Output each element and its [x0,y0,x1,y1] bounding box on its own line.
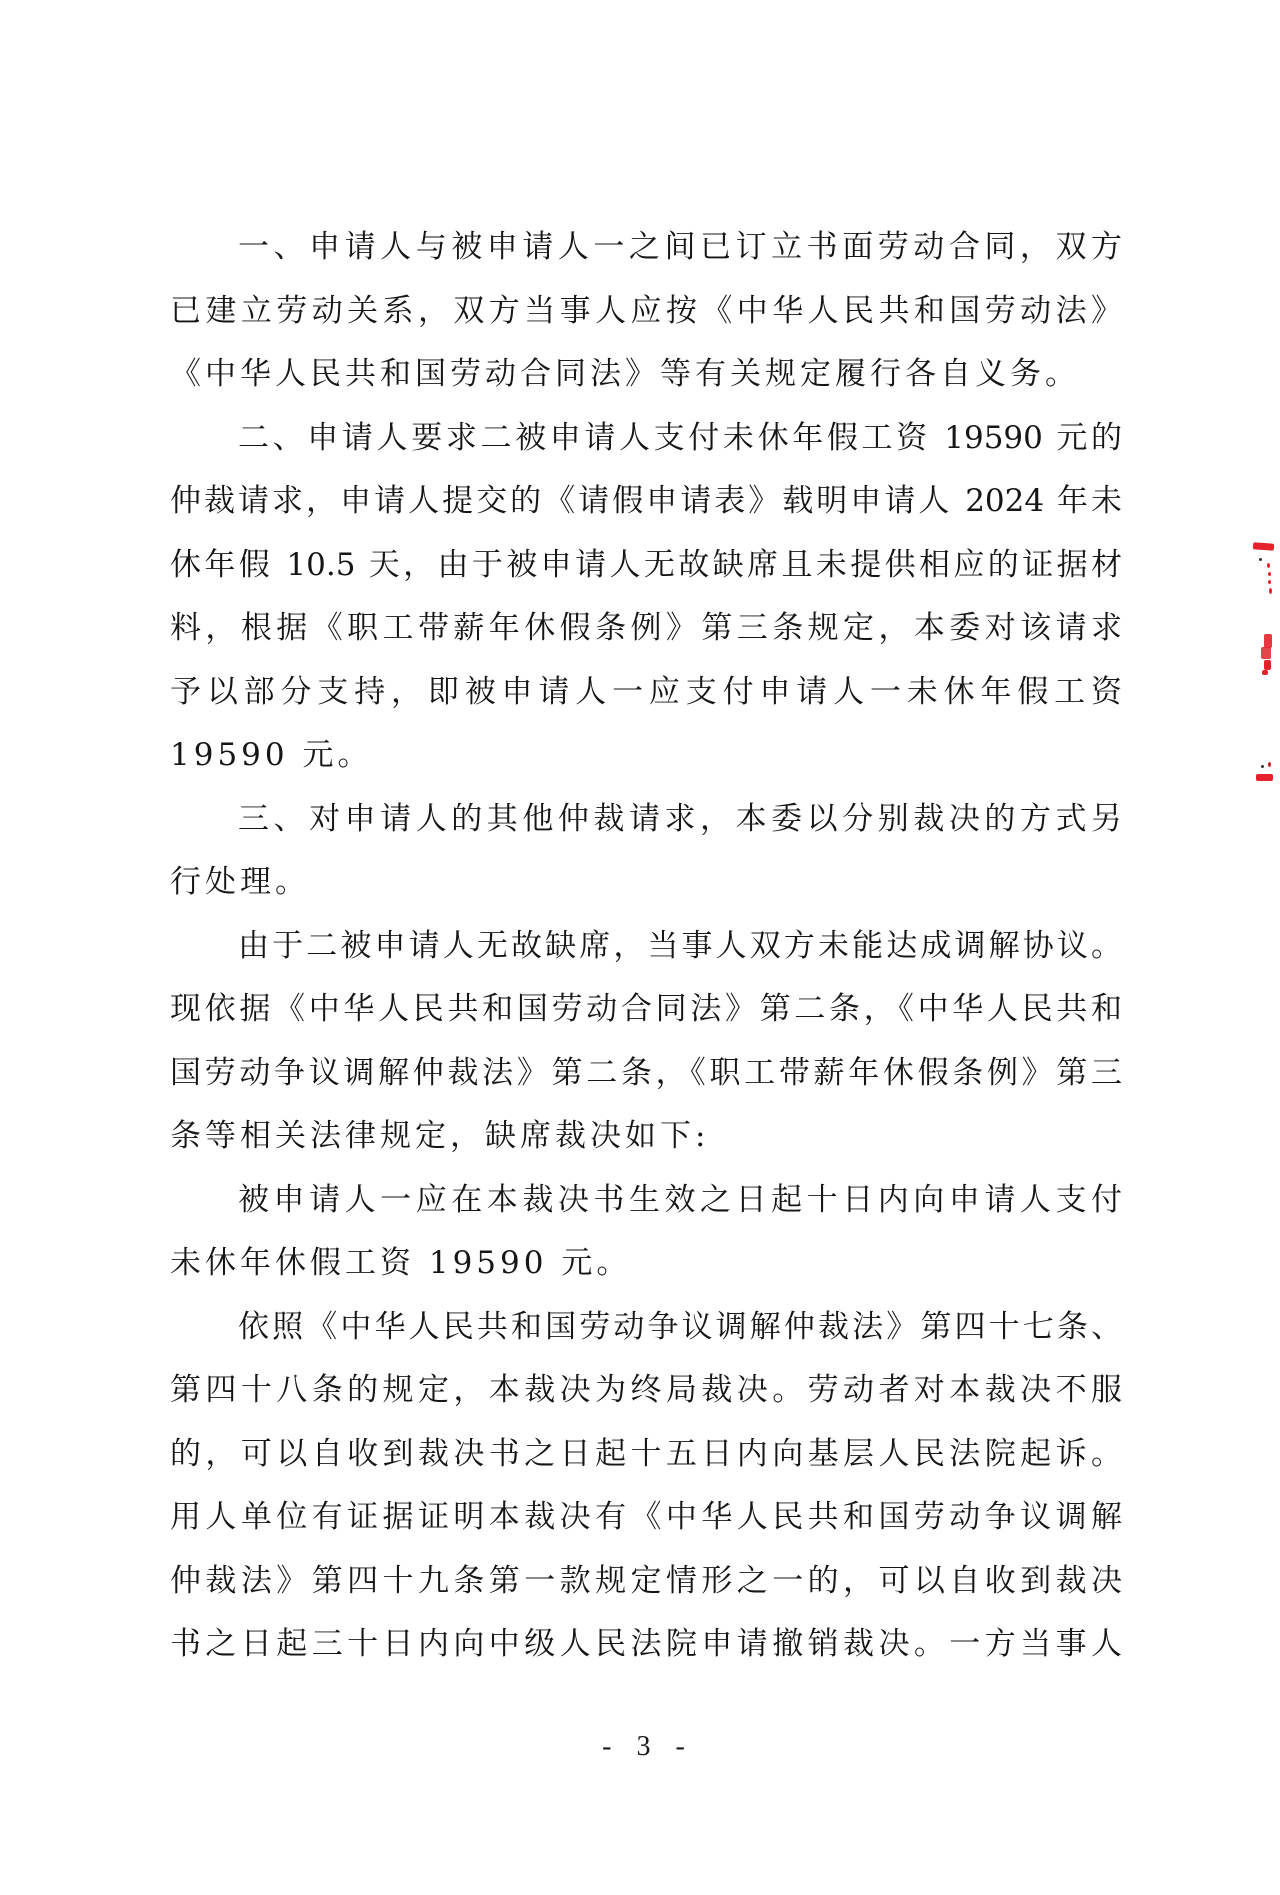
paragraph-4-line-4: 条等相关法律规定，缺席裁决如下: [170,1105,1122,1169]
seal-speck [1259,558,1262,561]
page-number: - 3 - [580,1727,716,1767]
paragraph-3-line-2: 行处理。 [170,851,1122,915]
seal-speck [1268,580,1271,584]
paragraph-1-line-3: 《中华人民共和国劳动合同法》等有关规定履行各自义务。 [170,343,1122,407]
seal-speck [1268,762,1271,767]
paragraph-5-line-1: 被申请人一应在本裁决书生效之日起十日内向申请人支付 [170,1169,1122,1233]
paragraph-6-line-3: 的，可以自收到裁决书之日起十五日内向基层人民法院起诉。 [170,1423,1122,1487]
seal-fragment [1262,670,1268,675]
seal-fragment [1253,542,1274,550]
seal-fragment [1261,647,1271,659]
paragraph-6-line-2: 第四十八条的规定，本裁决为终局裁决。劳动者对本裁决不服 [170,1359,1122,1423]
paragraph-4-line-2: 现依据《中华人民共和国劳动合同法》第二条，《中华人民共和 [170,978,1122,1042]
seal-speck [1261,765,1264,768]
seal-fragment [1264,660,1271,670]
paragraph-4-line-3: 国劳动争议调解仲裁法》第二条，《职工带薪年休假条例》第三 [170,1042,1122,1106]
paragraph-2-line-2: 仲裁请求，申请人提交的《请假申请表》载明申请人 2024 年未 [170,470,1122,534]
seal-fragment [1256,774,1273,781]
paragraph-2-line-3: 休年假 10.5 天，由于被申请人无故缺席且未提供相应的证据材 [170,534,1122,598]
paragraph-2-line-6: 19590 元。 [170,724,1122,788]
paragraph-2-line-1: 二、申请人要求二被申请人支付未休年假工资 19590 元的 [170,407,1122,471]
paragraph-2-line-5: 予以部分支持，即被申请人一应支付申请人一未休年假工资 [170,661,1122,725]
paragraph-4-line-1: 由于二被申请人无故缺席，当事人双方未能达成调解协议。 [170,915,1122,979]
seal-fragment [1264,634,1272,648]
paragraph-5-line-2: 未休年休假工资 19590 元。 [170,1232,1122,1296]
seal-speck [1267,563,1270,568]
paragraph-6-line-5: 仲裁法》第四十九条第一款规定情形之一的，可以自收到裁决 [170,1550,1122,1614]
paragraph-2-line-4: 料，根据《职工带薪年休假条例》第三条规定，本委对该请求 [170,597,1122,661]
paragraph-1-line-2: 已建立劳动关系，双方当事人应按《中华人民共和国劳动法》 [170,280,1122,344]
paragraph-1-line-1: 一、申请人与被申请人一之间已订立书面劳动合同，双方 [170,216,1122,280]
document-page: 一、申请人与被申请人一之间已订立书面劳动合同，双方 已建立劳动关系，双方当事人应… [0,0,1280,1895]
paragraph-6-line-4: 用人单位有证据证明本裁决有《中华人民共和国劳动争议调解 [170,1486,1122,1550]
paragraph-6-line-1: 依照《中华人民共和国劳动争议调解仲裁法》第四十七条、 [170,1296,1122,1360]
paragraph-3-line-1: 三、对申请人的其他仲裁请求，本委以分别裁决的方式另 [170,788,1122,852]
seal-speck [1268,572,1271,576]
document-body: 一、申请人与被申请人一之间已订立书面劳动合同，双方 已建立劳动关系，双方当事人应… [170,216,1122,1677]
seal-speck [1269,588,1272,594]
paragraph-6-line-6: 书之日起三十日内向中级人民法院申请撤销裁决。一方当事人 [170,1613,1122,1677]
